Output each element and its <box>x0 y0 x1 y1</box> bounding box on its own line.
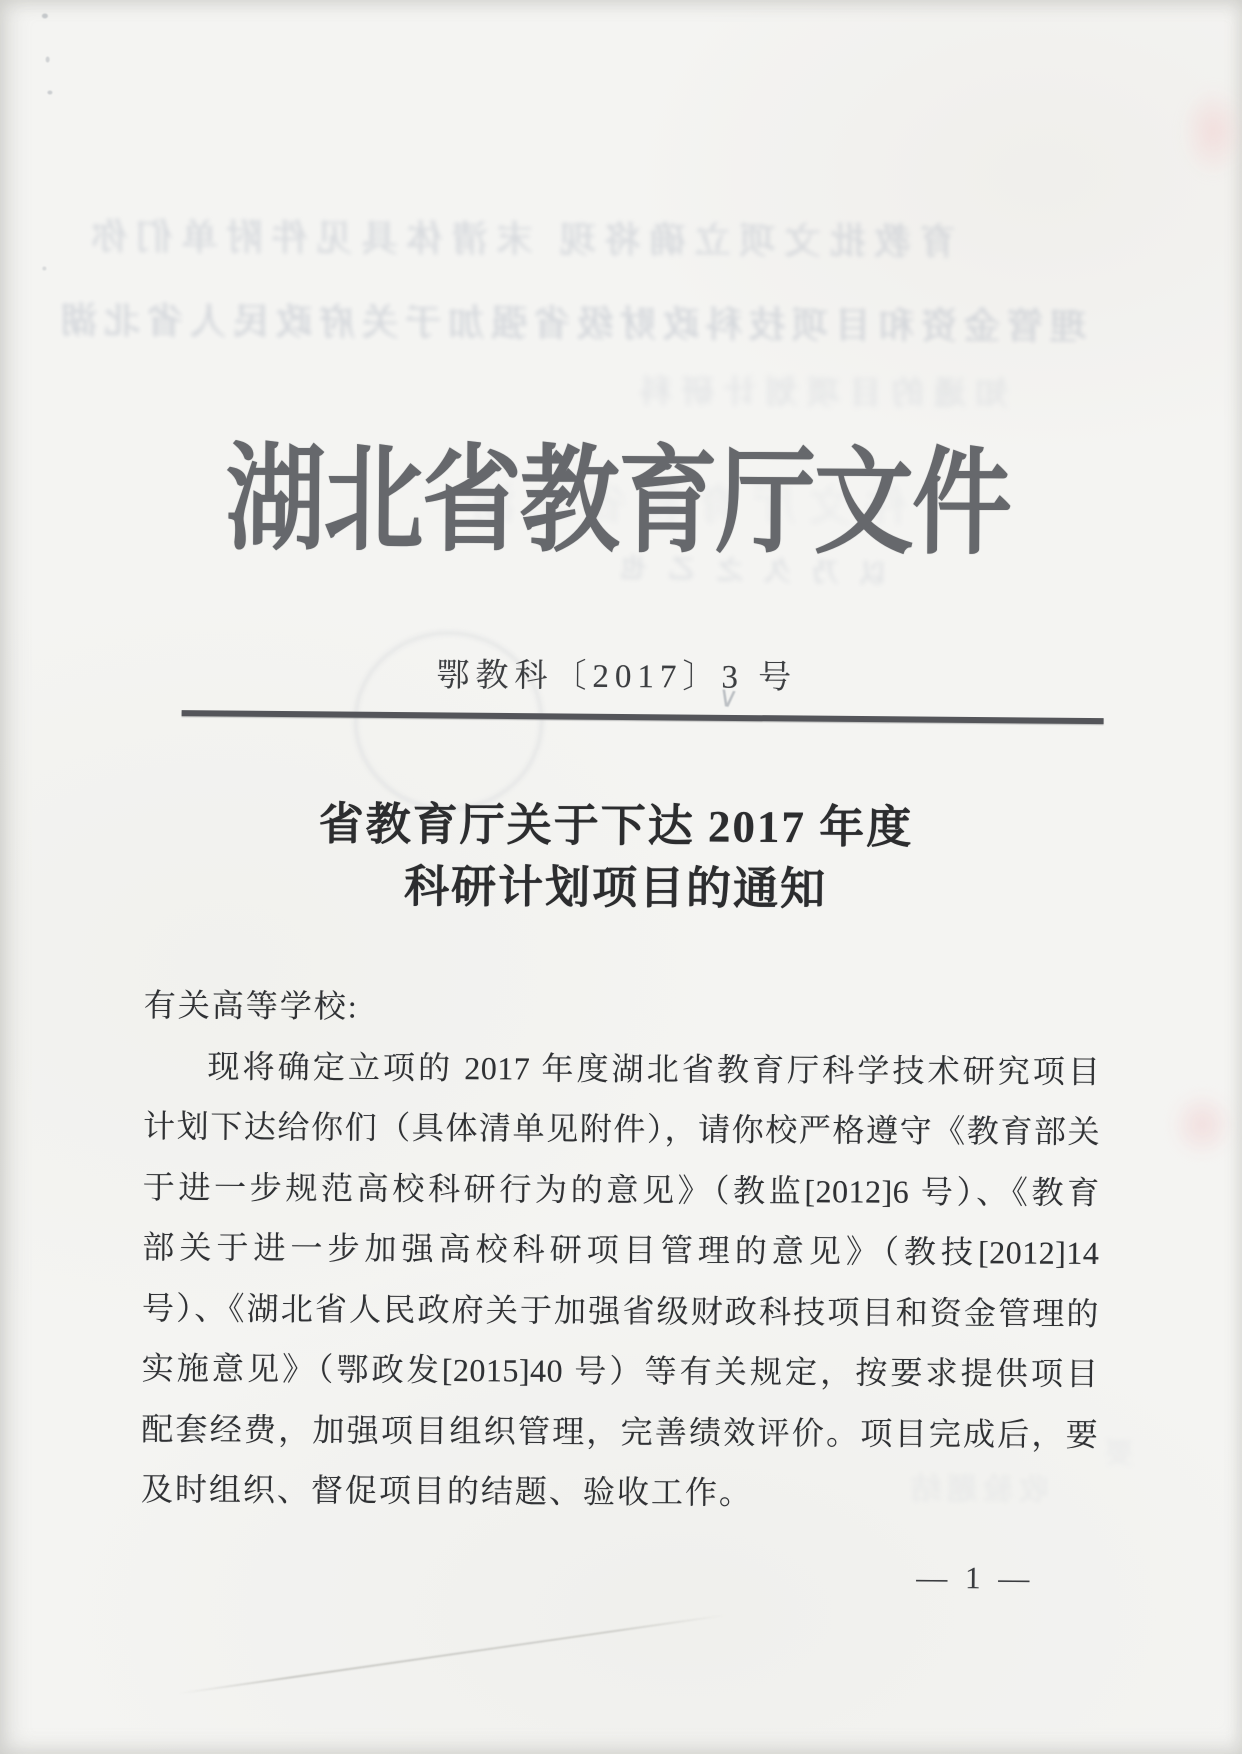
dust-speck <box>42 266 46 270</box>
body-line: 于进一步规范高校科研行为的意见》（教监[2012]6 号）、《教育 <box>143 1157 1100 1223</box>
salutation: 有关高等学校: <box>144 975 1101 1041</box>
paper-crease-line <box>180 1614 727 1694</box>
body-line: 部关于进一步加强高校科研项目管理的意见》（教技[2012]14 <box>142 1217 1099 1283</box>
header-separator-rule <box>182 710 1104 724</box>
agency-letterhead-title: 湖北省教育厅文件 <box>0 434 1239 572</box>
body-line: 配套经费，加强项目组织管理，完善绩效评价。项目完成后，要 <box>141 1399 1098 1465</box>
scan-color-smudge <box>1169 1089 1235 1159</box>
bleedthrough-text-artifact: 知通的目项划计研科 <box>387 365 1007 415</box>
document-subject-title: 省教育厅关于下达 2017 年度 科研计划项目的通知 <box>0 791 1237 923</box>
page-content: 育教批文项立确将现 末清体具见件附单们你 理管金资和目项技科政财级省强加于关府政… <box>0 0 1242 1754</box>
bleedthrough-text-artifact: 育教批文项立确将现 末清体具见件附单们你 <box>180 209 955 265</box>
document-number: 鄂教科〔2017〕3 号 <box>0 646 1238 701</box>
document-body: 有关高等学校: 现将确定立项的 2017 年度湖北省教育厅科学技术研究项目 计划… <box>141 975 1101 1525</box>
body-line: 计划下达给你们（具体清单见附件），请你校严格遵守《教育部关 <box>143 1096 1100 1162</box>
body-line: 现将确定立项的 2017 年度湖北省教育厅科学技术研究项目 <box>143 1036 1100 1102</box>
page-number: — 1 — <box>890 1560 1060 1597</box>
body-line: 实施意见》（鄂政发[2015]40 号）等有关规定，按要求提供项目 <box>141 1338 1098 1404</box>
agency-letterhead-title-text: 湖北省教育厅文件 <box>225 436 1010 571</box>
scanned-document-page: 育教批文项立确将现 末清体具见件附单们你 理管金资和目项技科政财级省强加于关府政… <box>0 0 1242 1754</box>
subject-line-1: 省教育厅关于下达 2017 年度 <box>0 791 1237 861</box>
body-line: 号）、《湖北省人民政府关于加强省级财政科技项目和资金管理的 <box>142 1278 1099 1344</box>
subject-line-2: 科研计划项目的通知 <box>0 853 1237 923</box>
body-line: 及时组织、督促项目的结题、验收工作。 <box>141 1459 1098 1525</box>
dust-speck <box>46 56 50 62</box>
bleedthrough-text-artifact: 理管金资和目项技科政财级省强加于关府政民人省北湖 <box>206 293 1086 349</box>
dust-speck <box>47 90 52 94</box>
dust-speck <box>42 13 48 18</box>
scan-color-smudge <box>1181 85 1242 177</box>
